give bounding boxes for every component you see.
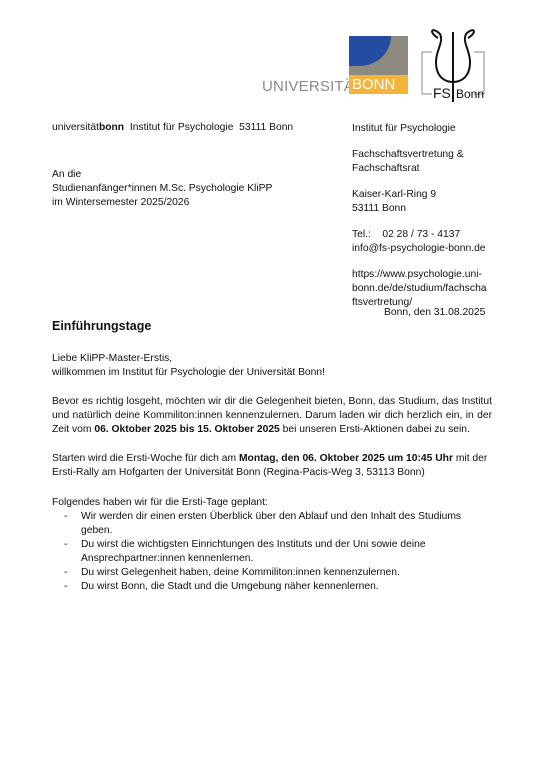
list-item: Wir werden dir einen ersten Überblick üb…	[52, 510, 492, 538]
tel-label: Tel.:	[352, 229, 371, 240]
recipient-line: im Wintersemester 2025/2026	[52, 196, 272, 210]
sender-uni-light: universität	[52, 122, 99, 133]
tel-number: 02 28 / 73 - 4137	[382, 229, 460, 240]
svg-text:Bonn: Bonn	[456, 87, 484, 101]
recipient-line: Studienanfänger*innen M.Sc. Psychologie …	[52, 182, 272, 196]
sender-uni-bold: bonn	[99, 122, 124, 133]
sender-rest: Institut für Psychologie 53111 Bonn	[124, 122, 293, 133]
list-item: Du wirst Bonn, die Stadt und die Umgebun…	[52, 580, 492, 594]
fachschaft-logo: FS Bonn	[418, 28, 488, 104]
svg-text:FS: FS	[433, 85, 451, 101]
plan-section: Folgendes haben wir für die Ersti-Tage g…	[52, 496, 492, 594]
letter-date: Bonn, den 31.08.2025	[384, 307, 485, 318]
logo-blue-shape	[349, 36, 391, 66]
website-link[interactable]: https://www.psychologie.uni-bonn.de/de/s…	[352, 268, 502, 310]
recipient-line: An die	[52, 168, 272, 182]
letter-title: Einführungstage	[52, 319, 151, 333]
org-line: Fachschaftsrat	[352, 163, 420, 174]
university-bonn-logo: UNIVERSITÄT BONN	[262, 36, 410, 94]
greeting: Liebe KliPP-Master-Erstis, willkommen im…	[52, 352, 492, 380]
plan-list: Wir werden dir einen ersten Überblick üb…	[52, 510, 492, 594]
list-item: Du wirst die wichtigsten Einrichtungen d…	[52, 538, 492, 566]
list-item: Du wirst Gelegenheit haben, deine Kommil…	[52, 566, 492, 580]
city: 53111 Bonn	[352, 203, 406, 214]
psi-lyre-icon: FS Bonn	[418, 28, 488, 104]
sender-block: Institut für Psychologie Fachschaftsvert…	[352, 122, 502, 322]
logo-square	[349, 36, 408, 75]
recipient-address: An die Studienanfänger*innen M.Sc. Psych…	[52, 168, 272, 210]
paragraph-start: Starten wird die Ersti-Woche für dich am…	[52, 452, 492, 480]
sender-line: universitätbonn Institut für Psychologie…	[52, 122, 293, 133]
institute-name: Institut für Psychologie	[352, 122, 502, 136]
street: Kaiser-Karl-Ring 9	[352, 189, 436, 200]
plan-intro: Folgendes haben wir für die Ersti-Tage g…	[52, 496, 492, 510]
org-line: Fachschaftsvertretung &	[352, 149, 464, 160]
logo-bonn: BONN	[349, 75, 408, 94]
paragraph-invitation: Bevor es richtig losgeht, möchten wir di…	[52, 395, 492, 437]
greeting-line: Liebe KliPP-Master-Erstis,	[52, 352, 492, 366]
greeting-line: willkommen im Institut für Psychologie d…	[52, 366, 492, 380]
email-link[interactable]: info@fs-psychologie-bonn.de	[352, 243, 486, 254]
